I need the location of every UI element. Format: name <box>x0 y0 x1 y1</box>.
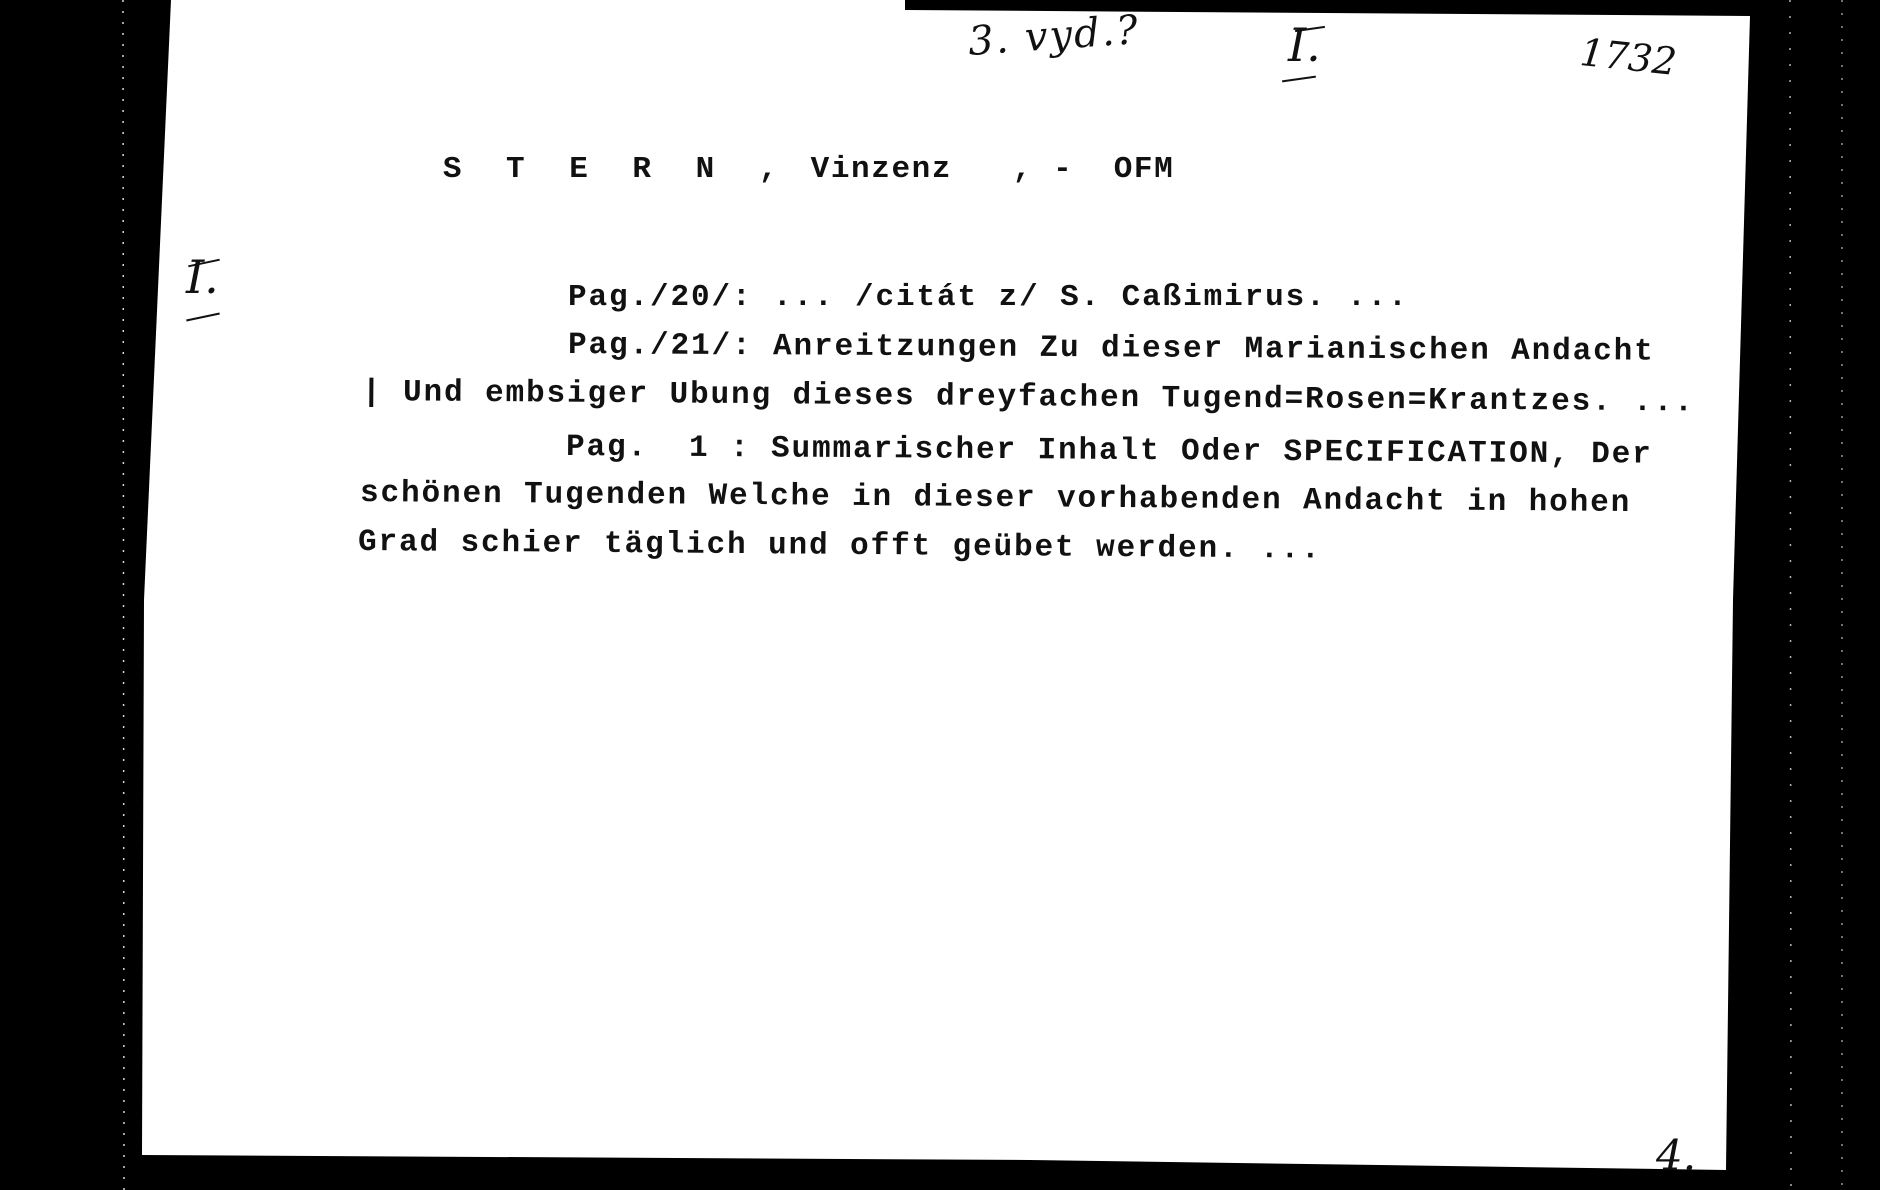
roman-underline-left <box>186 312 220 321</box>
card-content: 3. vyd.? I. 1732 I. 4. S T E R N , Vinze… <box>0 0 1880 1190</box>
entry-line: Pag./21/: Anreitzungen Zu dieser Mariani… <box>568 330 1655 368</box>
handwritten-edition-note: 3. vyd.? <box>967 10 1141 62</box>
author-given-name: Vinzenz <box>811 152 952 187</box>
heading-separator: , - <box>1013 152 1074 187</box>
entry-line: | Und embsiger Ubung dieses dreyfachen T… <box>362 377 1695 418</box>
entry-line: Pag./20/: ... /citát z/ S. Caßimirus. ..… <box>568 282 1409 313</box>
entry-line: Grad schier täglich und offt geübet werd… <box>358 527 1322 566</box>
handwritten-card-number: 4. <box>1656 1135 1696 1177</box>
religious-order: OFM <box>1114 152 1175 187</box>
handwritten-year: 1732 <box>1578 33 1678 81</box>
author-heading: S T E R N , Vinzenz , - OFM <box>362 123 1174 216</box>
roman-underline <box>1282 76 1316 83</box>
author-surname: S T E R N , <box>443 152 791 187</box>
entry-line: Pag. 1 : Summarischer Inhalt Oder SPECIF… <box>566 432 1653 471</box>
entry-line: schönen Tugenden Welche in dieser vorhab… <box>360 478 1631 519</box>
